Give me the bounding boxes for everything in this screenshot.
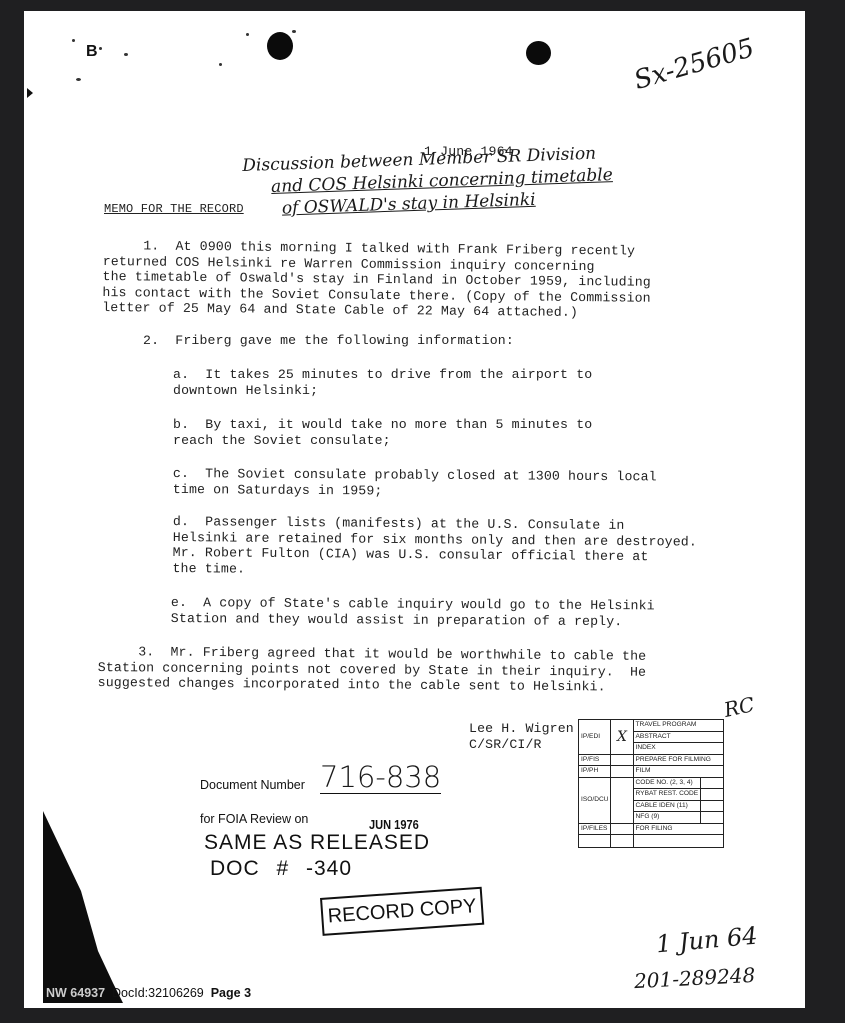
routing-office: ISO/DCU	[579, 777, 611, 823]
margin-mark: B	[86, 43, 98, 61]
scan-speck	[124, 53, 128, 56]
item-c: c. The Soviet consulate probably closed …	[173, 466, 657, 500]
handwritten-same-as-released: SAME AS RELEASED	[204, 831, 430, 855]
footer-doc-id: DocId:32106269	[112, 986, 204, 1000]
routing-slip: IP/EDI X TRAVEL PROGRAM ABSTRACT INDEX I…	[578, 719, 724, 848]
item-b: b. By taxi, it would take no more than 5…	[173, 417, 592, 448]
record-copy-stamp: RECORD COPY	[320, 887, 484, 936]
paragraph-1: 1. At 0900 this morning I talked with Fr…	[102, 238, 651, 321]
routing-check-mark: X	[611, 720, 633, 755]
memo-heading: MEMO FOR THE RECORD	[104, 202, 244, 218]
footer: NW 64937 DocId:32106269 Page 3	[46, 986, 251, 1000]
punch-hole-right	[526, 41, 551, 65]
routing-action: CODE NO. (2, 3, 4)	[633, 777, 701, 789]
handwritten-initials: RC	[722, 692, 757, 722]
routing-action: INDEX	[633, 743, 723, 755]
routing-action: CABLE IDEN (11)	[633, 800, 701, 812]
item-a: a. It takes 25 minutes to drive from the…	[173, 367, 592, 398]
routing-action: ABSTRACT	[633, 731, 723, 743]
routing-row: IP/FIS PREPARE FOR FILMING	[579, 754, 724, 766]
scan-speck	[99, 47, 102, 50]
handwritten-doc-reference: DOC # -340	[210, 857, 352, 881]
paragraph-2: 2. Friberg gave me the following informa…	[143, 333, 514, 349]
handwritten-subject: Discussion between Member SR Division an…	[242, 142, 614, 221]
signatory-name: Lee H. Wigren	[469, 721, 574, 737]
routing-office: IP/PH	[579, 766, 611, 778]
text-line: downtown Helsinki;	[173, 383, 592, 399]
handwritten-file-annotation: Sx-25605	[631, 33, 758, 96]
scan-speck	[219, 63, 222, 66]
routing-row: IP/PH FILM	[579, 766, 724, 778]
punch-hole-left	[267, 32, 293, 60]
handwritten-date: 1 Jun 64	[655, 922, 759, 959]
routing-row: IP/FILES FOR FILING	[579, 823, 724, 835]
foia-review-label: for FOIA Review on	[200, 812, 308, 826]
doc-number-label: Document Number	[200, 778, 305, 792]
scan-speck	[292, 30, 296, 33]
text-line: reach the Soviet consulate;	[173, 433, 592, 449]
routing-office: IP/FIS	[579, 754, 611, 766]
document-page: B Sx-25605 1 June 1964 Discussion betwee…	[24, 11, 805, 1008]
scan-speck	[76, 78, 81, 81]
paragraph-3: 3. Mr. Friberg agreed that it would be w…	[98, 644, 647, 695]
text-line: a. It takes 25 minutes to drive from the…	[173, 367, 592, 383]
item-d: d. Passenger lists (manifests) at the U.…	[172, 514, 697, 581]
routing-row	[579, 835, 724, 848]
footer-nw-stamp: NW 64937	[46, 986, 105, 1000]
signatory-office: C/SR/CI/R	[469, 737, 574, 753]
item-e: e. A copy of State's cable inquiry would…	[171, 595, 655, 629]
routing-action: TRAVEL PROGRAM	[633, 720, 723, 732]
routing-row: ISO/DCU CODE NO. (2, 3, 4)	[579, 777, 724, 789]
doc-number: 716-838	[320, 761, 441, 794]
scan-mark	[27, 88, 33, 98]
routing-row: IP/EDI X TRAVEL PROGRAM	[579, 720, 724, 732]
handwritten-file-number: 201-289248	[633, 963, 755, 993]
routing-action: NFG (9)	[633, 812, 701, 824]
scan-speck	[72, 39, 75, 42]
routing-office: IP/FILES	[579, 823, 611, 835]
scan-speck	[246, 33, 249, 36]
signature-block: Lee H. Wigren C/SR/CI/R	[469, 721, 574, 752]
routing-action: FILM	[633, 766, 723, 778]
text-line: b. By taxi, it would take no more than 5…	[173, 417, 592, 433]
footer-page-number: Page 3	[211, 986, 251, 1000]
routing-action: FOR FILING	[633, 823, 723, 835]
routing-action: PREPARE FOR FILMING	[633, 754, 723, 766]
text-line: Station and they would assist in prepara…	[171, 610, 655, 629]
foia-review-date: JUN 1976	[369, 817, 419, 832]
routing-action: RYBAT REST. CODE	[633, 789, 701, 801]
routing-office: IP/EDI	[579, 720, 611, 755]
scan-shadow-wedge	[43, 811, 123, 1007]
